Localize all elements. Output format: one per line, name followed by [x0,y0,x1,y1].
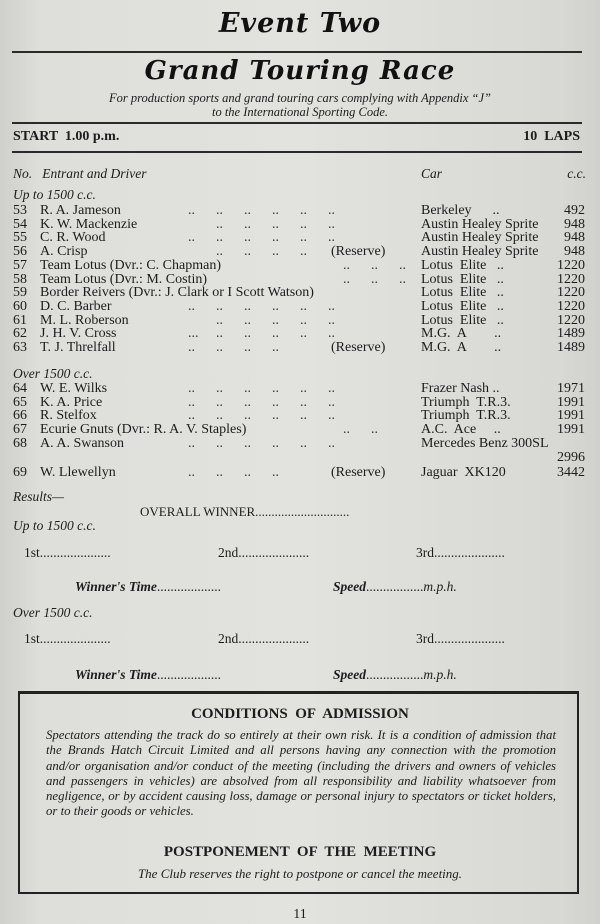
winners-time-dots: ................... [157,579,221,594]
entry-number: 56 [13,245,35,259]
table-row: 67Ecurie Gnuts (Dvr.: R. A. V. Staples).… [13,423,587,437]
speed-dots: ................. [366,579,423,594]
car-model: Frazer Nash .. [421,382,500,396]
results-class-label: Over 1500 c.c. [13,605,92,621]
engine-cc: 1220 [557,300,585,314]
engine-cc: 1220 [557,259,585,273]
table-row: 57Team Lotus (Dvr.: C. Chapman).. .. ..L… [13,259,587,273]
engine-cc: 1971 [557,382,585,396]
first-place-field: 1st..................... [24,631,111,647]
reserve-label: (Reserve) [331,466,385,480]
leader-dots: .. .. .. .. .. .. [188,300,423,314]
winners-time-text: Winner's Time [75,667,157,682]
leader-dots: .. .. .. .. .. .. [188,204,423,218]
entrant-name: A. Crisp [40,245,87,259]
leader-dots: .. .. .. .. [188,466,423,480]
speed-unit: m.p.h. [423,667,456,682]
car-model: Austin Healey Sprite [421,245,538,259]
table-row-continuation: 2996 [13,451,587,465]
entrant-name: Ecurie Gnuts (Dvr.: R. A. V. Staples) [40,423,246,437]
class-label-over-1500: Over 1500 c.c. [13,366,92,382]
entrant-name: Team Lotus (Dvr.: C. Chapman) [40,259,221,273]
postponement-text: The Club reserves the right to postpone … [0,866,600,882]
overall-winner-field: OVERALL WINNER..........................… [140,504,349,520]
car-model: Jaguar XK120 [421,466,506,480]
entrant-name: A. A. Swanson [40,437,124,451]
leader-dots: .. .. .. [343,259,413,273]
reserve-label: (Reserve) [331,245,385,259]
engine-cc: 3442 [557,466,585,480]
event-number-title: Event Two [0,8,600,39]
reserve-label: (Reserve) [331,341,385,355]
entry-number: 68 [13,437,35,451]
car-model: Berkeley .. [421,204,500,218]
speed-label: Speed [333,667,366,682]
table-row: 60D. C. Barber.. .. .. .. .. ..Lotus Eli… [13,300,587,314]
table-row: 56A. Crisp .. .. .. ..(Reserve)Austin He… [13,245,587,259]
winners-time-dots: ................... [157,667,221,682]
entry-number: 69 [13,466,35,480]
speed-label: Speed [333,579,366,594]
car-model: Mercedes Benz 300SL [421,437,549,451]
entry-number: 60 [13,300,35,314]
class-label-up-to-1500: Up to 1500 c.c. [13,187,96,203]
entrant-name: W. Llewellyn [40,466,116,480]
engine-cc: 492 [564,204,585,218]
postponement-heading: POSTPONEMENT OF THE MEETING [0,844,600,861]
admission-text: Spectators attending the track do so ent… [46,728,556,820]
third-place-field: 3rd..................... [416,545,505,561]
engine-cc: 1991 [557,423,585,437]
table-row: 53R. A. Jameson.. .. .. .. .. ..Berkeley… [13,204,587,218]
entry-number: 57 [13,259,35,273]
speed-field: Speed.................m.p.h. [333,579,457,595]
results-heading: Results— [13,489,64,505]
race-description: For production sports and grand touring … [0,91,600,119]
start-time: START 1.00 p.m. [13,129,119,145]
leader-dots: .. .. .. [343,273,413,287]
entrant-name: D. C. Barber [40,300,112,314]
entrant-name: R. A. Jameson [40,204,121,218]
winners-time-text: Winner's Time [75,579,157,594]
race-title: Grand Touring Race [0,56,600,86]
results-class-label: Up to 1500 c.c. [13,518,96,534]
table-row: 68A. A. Swanson.. .. .. .. .. ..Mercedes… [13,437,587,451]
divider [12,151,582,153]
leader-dots: .. .. .. .. .. .. [188,382,423,396]
car-model: Lotus Elite .. [421,300,504,314]
leader-dots: .. .. .. .. [188,245,423,259]
winners-time-label: Winner's Time................... [75,667,221,683]
engine-cc: 1489 [557,341,585,355]
speed-unit: m.p.h. [423,579,456,594]
speed-dots: ................. [366,667,423,682]
engine-cc: 2996 [557,451,585,465]
page-number: 11 [0,907,600,923]
car-model: M.G. A .. [421,341,501,355]
third-place-field: 3rd..................... [416,631,505,647]
table-row: 69W. Llewellyn.. .. .. ..(Reserve)Jaguar… [13,466,587,480]
entry-number: 67 [13,423,35,437]
first-place-field: 1st..................... [24,545,111,561]
speed-field: Speed.................m.p.h. [333,667,457,683]
entrant-name: W. E. Wilks [40,382,107,396]
second-place-field: 2nd..................... [218,545,309,561]
admission-heading: CONDITIONS OF ADMISSION [0,706,600,723]
winners-time-label: Winner's Time................... [75,579,221,595]
entry-number: 64 [13,382,35,396]
column-header-cc: c.c. [567,166,586,182]
leader-dots: .. .. .. .. [188,341,423,355]
race-description-line2: to the International Sporting Code. [0,105,600,119]
column-header-entrant: No. Entrant and Driver [13,166,147,182]
table-row: 64W. E. Wilks.. .. .. .. .. ..Frazer Nas… [13,382,587,396]
column-header-car: Car [421,166,442,182]
entry-number: 53 [13,204,35,218]
leader-dots: .. .. [343,423,413,437]
table-row: 63T. J. Threlfall.. .. .. ..(Reserve)M.G… [13,341,587,355]
entry-number: 63 [13,341,35,355]
race-description-line1: For production sports and grand touring … [0,91,600,105]
entrant-name: T. J. Threlfall [40,341,116,355]
car-model: Lotus Elite .. [421,259,504,273]
second-place-field: 2nd..................... [218,631,309,647]
engine-cc: 948 [564,245,585,259]
car-model: A.C. Ace .. [421,423,501,437]
divider [12,122,582,124]
laps-count: 10 LAPS [523,129,580,145]
divider [12,51,582,53]
leader-dots: .. .. .. .. .. .. [188,437,423,451]
